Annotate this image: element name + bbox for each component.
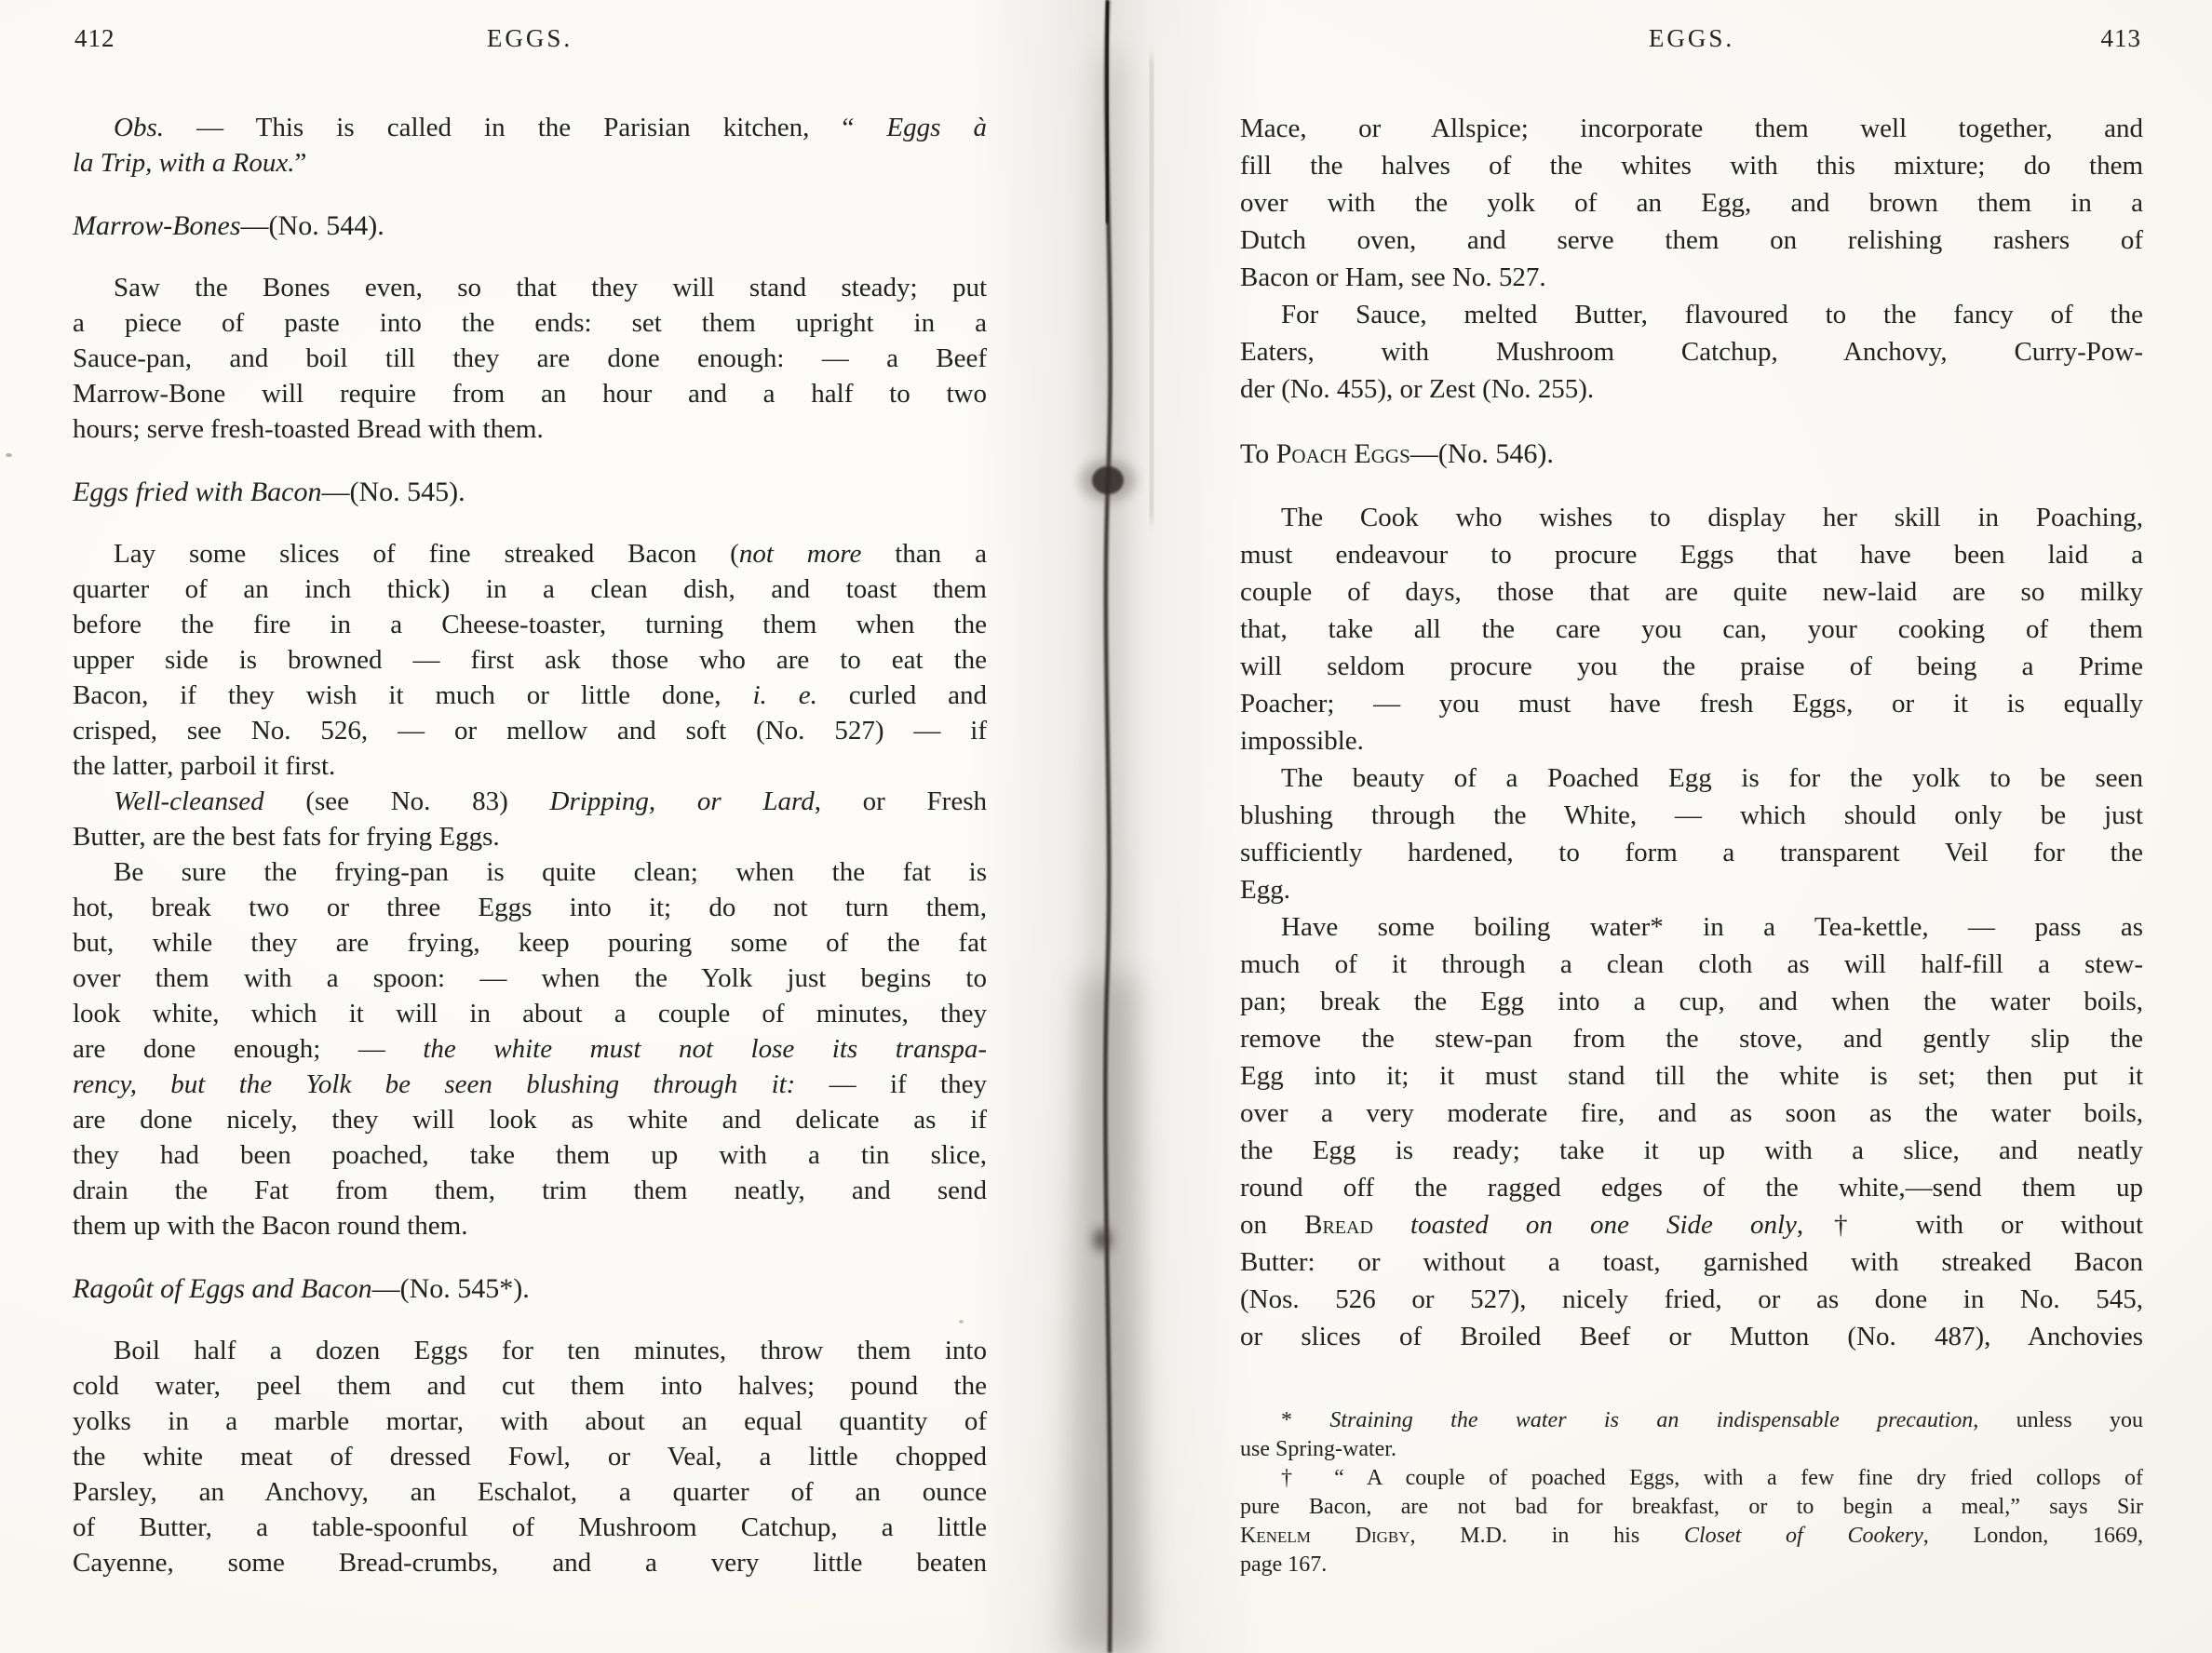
text-line: * Straining the water is an indispensabl… — [1240, 1406, 2143, 1435]
page-413: EGGS. 413 Mace, or Allspice; incorporate… — [1240, 24, 2143, 1579]
text-line: Egg. — [1240, 871, 2143, 908]
text-line: sufficiently hardened, to form a transpa… — [1240, 834, 2143, 871]
running-head: EGGS. — [1240, 24, 2143, 53]
text-line: For Sauce, melted Butter, flavoured to t… — [1240, 296, 2143, 333]
text-line: Boil half a dozen Eggs for ten minutes, … — [73, 1333, 987, 1368]
text-line: them up with the Bacon round them. — [73, 1208, 987, 1243]
text-line: the Egg is ready; take it up with a slic… — [1240, 1132, 2143, 1169]
text-line: hot, break two or three Eggs into it; do… — [73, 890, 987, 925]
text-line: The Cook who wishes to display her skill… — [1240, 499, 2143, 536]
text-line: pure Bacon, are not bad for breakfast, o… — [1240, 1493, 2143, 1522]
paragraph: For Sauce, melted Butter, flavoured to t… — [1240, 296, 2143, 408]
page-text: Mace, or Allspice; incorporate them well… — [1240, 110, 2143, 1579]
text-line: couple of days, those that are quite new… — [1240, 573, 2143, 611]
text-line: must endeavour to procure Eggs that have… — [1240, 536, 2143, 573]
text-line: cold water, peel them and cut them into … — [73, 1368, 987, 1404]
paragraph: Be sure the frying-pan is quite clean; w… — [73, 854, 987, 1243]
recipe-heading: Ragoût of Eggs and Bacon—(No. 545*). — [73, 1271, 987, 1307]
text-line: quarter of an inch thick) in a clean dis… — [73, 571, 987, 607]
text-line: pan; break the Egg into a cup, and when … — [1240, 983, 2143, 1020]
text-line: are done enough; — the white must not lo… — [73, 1031, 987, 1067]
paragraph: The beauty of a Poached Egg is for the y… — [1240, 759, 2143, 908]
text-line: the white meat of dressed Fowl, or Veal,… — [73, 1439, 987, 1474]
text-line: (Nos. 526 or 527), nicely fried, or as d… — [1240, 1281, 2143, 1318]
text-line: Obs. — This is called in the Parisian ki… — [73, 110, 987, 145]
text-line: Bacon, if they wish it much or little do… — [73, 678, 987, 713]
text-line: on Bread toasted on one Side only,† with… — [1240, 1206, 2143, 1243]
text-line: or slices of Broiled Beef or Mutton (No.… — [1240, 1318, 2143, 1355]
text-line: impossible. — [1240, 722, 2143, 759]
book-gutter-shadow — [989, 0, 1231, 1653]
text-line: round off the ragged edges of the white,… — [1240, 1169, 2143, 1206]
text-line: of Butter, a table-spoonful of Mushroom … — [73, 1510, 987, 1545]
paragraph: Mace, or Allspice; incorporate them well… — [1240, 110, 2143, 296]
paragraph: Have some boiling water* in a Tea-kettle… — [1240, 908, 2143, 1355]
paragraph: The Cook who wishes to display her skill… — [1240, 499, 2143, 759]
text-line: Lay some slices of fine streaked Bacon (… — [73, 536, 987, 571]
text-line: crisped, see No. 526, — or mellow and so… — [73, 713, 987, 748]
text-line: Ragoût of Eggs and Bacon—(No. 545*). — [73, 1271, 987, 1307]
recipe-heading: Marrow-Bones—(No. 544). — [73, 208, 987, 244]
page-text: Obs. — This is called in the Parisian ki… — [73, 110, 987, 1580]
paragraph: Saw the Bones even, so that they will st… — [73, 270, 987, 447]
text-line: hours; serve fresh-toasted Bread with th… — [73, 411, 987, 447]
text-line: much of it through a clean cloth as will… — [1240, 946, 2143, 983]
recipe-heading: Eggs fried with Bacon—(No. 545). — [73, 475, 987, 510]
text-line: rency, but the Yolk be seen blushing thr… — [73, 1067, 987, 1102]
text-line: Kenelm Digby, M.D. in his Closet of Cook… — [1240, 1522, 2143, 1551]
running-head: EGGS. — [73, 24, 987, 53]
text-line: blushing through the White, — which shou… — [1240, 797, 2143, 834]
text-line: use Spring-water. — [1240, 1435, 2143, 1464]
text-line: Saw the Bones even, so that they will st… — [73, 270, 987, 305]
text-line: Marrow-Bone will require from an hour an… — [73, 376, 987, 411]
text-line: before the fire in a Cheese-toaster, tur… — [73, 607, 987, 642]
text-line: Eggs fried with Bacon—(No. 545). — [73, 475, 987, 510]
text-line: remove the stew-pan from the stove, and … — [1240, 1020, 2143, 1057]
paragraph: Boil half a dozen Eggs for ten minutes, … — [73, 1333, 987, 1580]
text-line: Mace, or Allspice; incorporate them well… — [1240, 110, 2143, 147]
recipe-heading: To Poach Eggs—(No. 546). — [1240, 436, 2143, 473]
text-line: are done nicely, they will look as white… — [73, 1102, 987, 1137]
gutter-shading — [968, 0, 1266, 1653]
text-line: look white, which it will in about a cou… — [73, 996, 987, 1031]
text-line: but, while they are frying, keep pouring… — [73, 925, 987, 961]
text-line: the latter, parboil it first. — [73, 748, 987, 784]
paragraph: Well-cleansed (see No. 83) Dripping, or … — [73, 784, 987, 854]
text-line: la Trip, with a Roux.” — [73, 145, 987, 181]
text-line: yolks in a marble mortar, with about an … — [73, 1404, 987, 1439]
text-line: Well-cleansed (see No. 83) Dripping, or … — [73, 784, 987, 819]
text-line: The beauty of a Poached Egg is for the y… — [1240, 759, 2143, 797]
text-line: † “ A couple of poached Eggs, with a few… — [1240, 1464, 2143, 1493]
footnote: † “ A couple of poached Eggs, with a few… — [1240, 1464, 2143, 1579]
text-line: Egg into it; it must stand till the whit… — [1240, 1057, 2143, 1095]
text-line: over them with a spoon: — when the Yolk … — [73, 961, 987, 996]
text-line: Be sure the frying-pan is quite clean; w… — [73, 854, 987, 890]
text-line: page 167. — [1240, 1551, 2143, 1579]
footnote: * Straining the water is an indispensabl… — [1240, 1406, 2143, 1464]
text-line: Cayenne, some Bread-crumbs, and a very l… — [73, 1545, 987, 1580]
text-line: Butter, are the best fats for frying Egg… — [73, 819, 987, 854]
text-line: Sauce-pan, and boil till they are done e… — [73, 341, 987, 376]
text-line: will seldom procure you the praise of be… — [1240, 648, 2143, 685]
page-number: 413 — [2101, 24, 2142, 53]
text-line: that, take all the care you can, your co… — [1240, 611, 2143, 648]
text-line: Bacon or Ham, see No. 527. — [1240, 259, 2143, 296]
page-header: EGGS. 413 — [1240, 24, 2143, 60]
text-line: a piece of paste into the ends: set them… — [73, 305, 987, 341]
text-line: upper side is browned — first ask those … — [73, 642, 987, 678]
text-line: fill the halves of the whites with this … — [1240, 147, 2143, 184]
text-line: Poacher; — you must have fresh Eggs, or … — [1240, 685, 2143, 722]
book-scan: 412 EGGS. Obs. — This is called in the P… — [0, 0, 2212, 1653]
text-line: der (No. 455), or Zest (No. 255). — [1240, 370, 2143, 408]
text-line: Eaters, with Mushroom Catchup, Anchovy, … — [1240, 333, 2143, 370]
paragraph: Lay some slices of fine streaked Bacon (… — [73, 536, 987, 784]
text-line: Have some boiling water* in a Tea-kettle… — [1240, 908, 2143, 946]
text-line: Dutch oven, and serve them on relishing … — [1240, 222, 2143, 259]
text-line: Marrow-Bones—(No. 544). — [73, 208, 987, 244]
text-line: Parsley, an Anchovy, an Eschalot, a quar… — [73, 1474, 987, 1510]
text-line: over with the yolk of an Egg, and brown … — [1240, 184, 2143, 222]
paper-speck — [6, 453, 12, 457]
paper-speck — [959, 1320, 964, 1324]
page-412: 412 EGGS. Obs. — This is called in the P… — [73, 24, 987, 1580]
page-header: 412 EGGS. — [73, 24, 987, 60]
paragraph: Obs. — This is called in the Parisian ki… — [73, 110, 987, 181]
text-line: over a very moderate fire, and as soon a… — [1240, 1095, 2143, 1132]
text-line: To Poach Eggs—(No. 546). — [1240, 436, 2143, 473]
text-line: drain the Fat from them, trim them neatl… — [73, 1173, 987, 1208]
text-line: Butter: or without a toast, garnished wi… — [1240, 1243, 2143, 1281]
text-line: they had been poached, take them up with… — [73, 1137, 987, 1173]
